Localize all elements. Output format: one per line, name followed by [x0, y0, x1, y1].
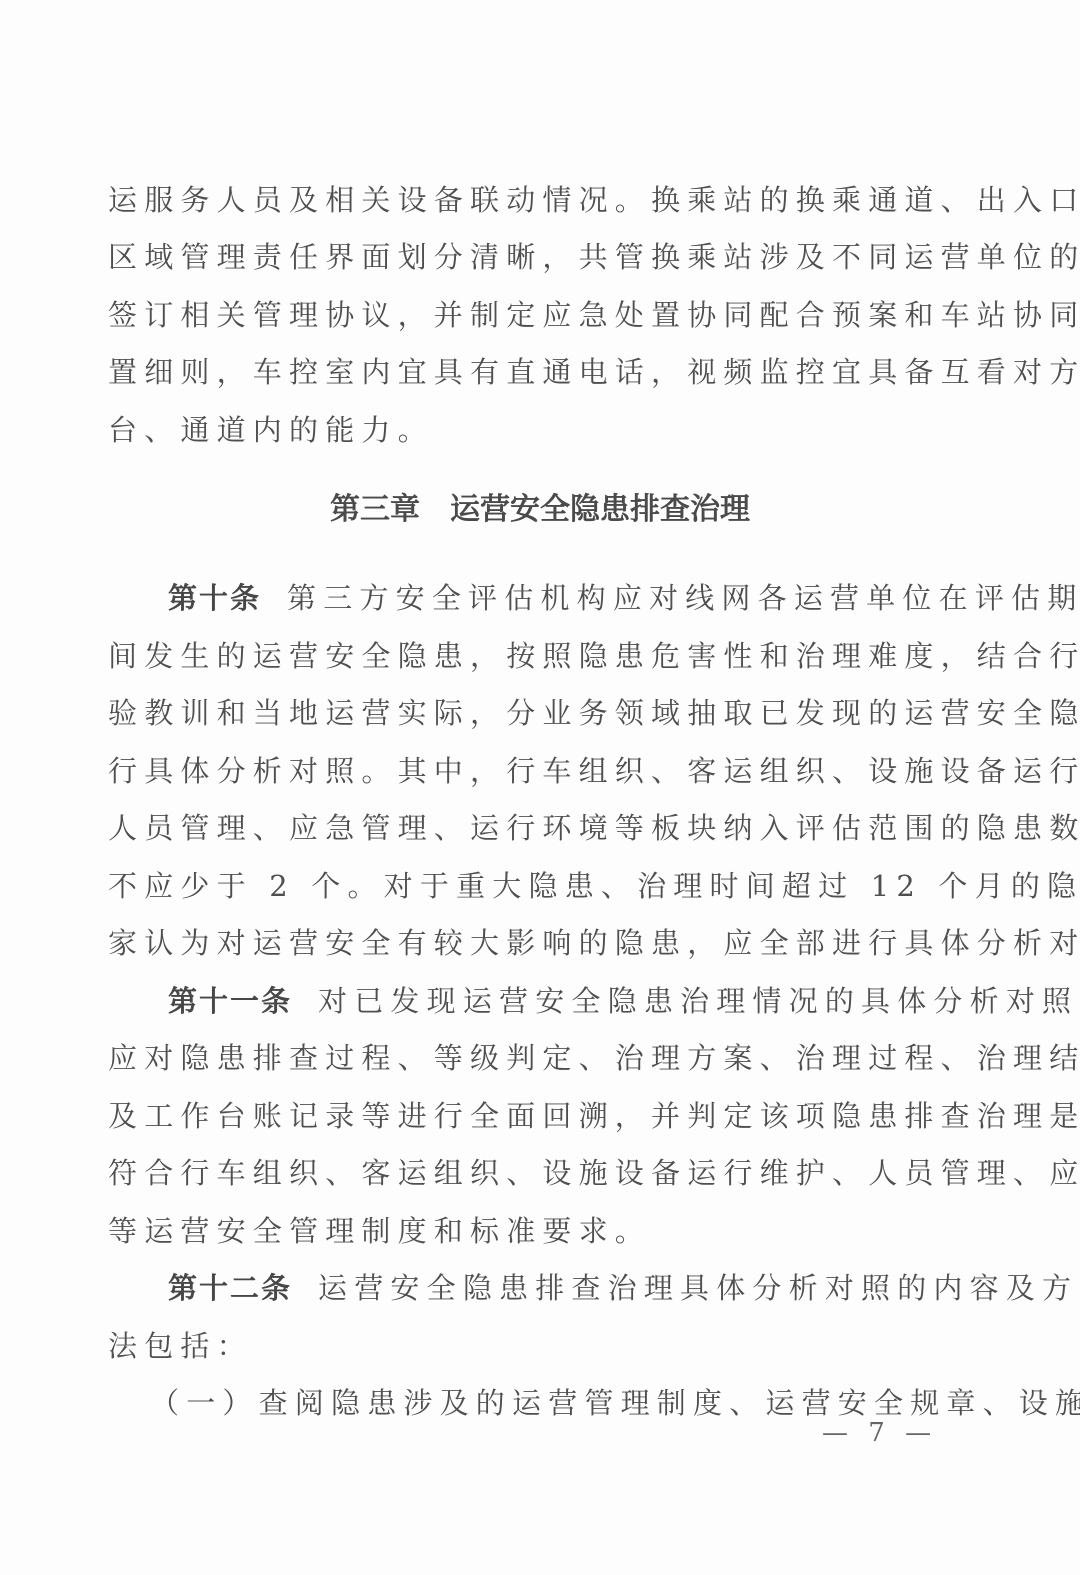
chapter-number: 第三章 — [330, 492, 420, 527]
text-line: 台、通道内的能力。 — [108, 410, 950, 450]
article-label: 第十一条 — [168, 984, 292, 1018]
article-10-first-line: 第十条第三方安全评估机构应对线网各运营单位在评估期 — [168, 578, 950, 618]
list-item: （一）查阅隐患涉及的运营管理制度、运营安全规章、设施设备 — [150, 1383, 950, 1423]
article-label: 第十条 — [168, 581, 261, 615]
article-label: 第十二条 — [168, 1271, 292, 1305]
article-text: 对已发现运营安全隐患治理情况的具体分析对照 — [318, 984, 1078, 1018]
text-line: 区域管理责任界面划分清晰，共管换乘站涉及不同运营单位的，应 — [108, 237, 950, 277]
text-line: 间发生的运营安全隐患，按照隐患危害性和治理难度，结合行业经 — [108, 636, 950, 676]
chapter-title: 运营安全隐患排查治理 — [450, 492, 750, 527]
text-line: 人员管理、应急管理、运行环境等板块纳入评估范围的隐患数量均 — [108, 808, 950, 848]
chapter-heading: 第三章运营安全隐患排查治理 — [0, 490, 1080, 530]
text-line: 签订相关管理协议，并制定应急处置协同配合预案和车站协同处 — [108, 295, 950, 335]
article-11-first-line: 第十一条对已发现运营安全隐患治理情况的具体分析对照 — [168, 981, 950, 1021]
text-line: 应对隐患排查过程、等级判定、治理方案、治理过程、治理结果，以 — [108, 1038, 950, 1078]
text-line: 及工作台账记录等进行全面回溯，并判定该项隐患排查治理是否 — [108, 1096, 950, 1136]
text-line: 验教训和当地运营实际，分业务领域抽取已发现的运营安全隐患进 — [108, 693, 950, 733]
text-line: 不应少于 2 个。对于重大隐患、治理时间超过 12 个月的隐患及专 — [108, 866, 950, 906]
text-line: 运服务人员及相关设备联动情况。换乘站的换乘通道、出入口等 — [108, 180, 950, 220]
text-line: 等运营安全管理制度和标准要求。 — [108, 1211, 950, 1251]
text-line: 置细则，车控室内宜具有直通电话，视频监控宜具备互看对方站 — [108, 352, 950, 392]
text-line: 行具体分析对照。其中，行车组织、客运组织、设施设备运行维护、 — [108, 751, 950, 791]
article-text: 第三方安全评估机构应对线网各运营单位在评估期 — [287, 581, 1080, 615]
text-line: 家认为对运营安全有较大影响的隐患，应全部进行具体分析对照。 — [108, 923, 950, 963]
article-12-first-line: 第十二条运营安全隐患排查治理具体分析对照的内容及方 — [168, 1268, 950, 1308]
text-line: 法包括： — [108, 1326, 950, 1366]
page-number: — 7 — — [822, 1418, 937, 1448]
article-text: 运营安全隐患排查治理具体分析对照的内容及方 — [318, 1271, 1078, 1305]
text-line: 符合行车组织、客运组织、设施设备运行维护、人员管理、应急管理 — [108, 1153, 950, 1193]
